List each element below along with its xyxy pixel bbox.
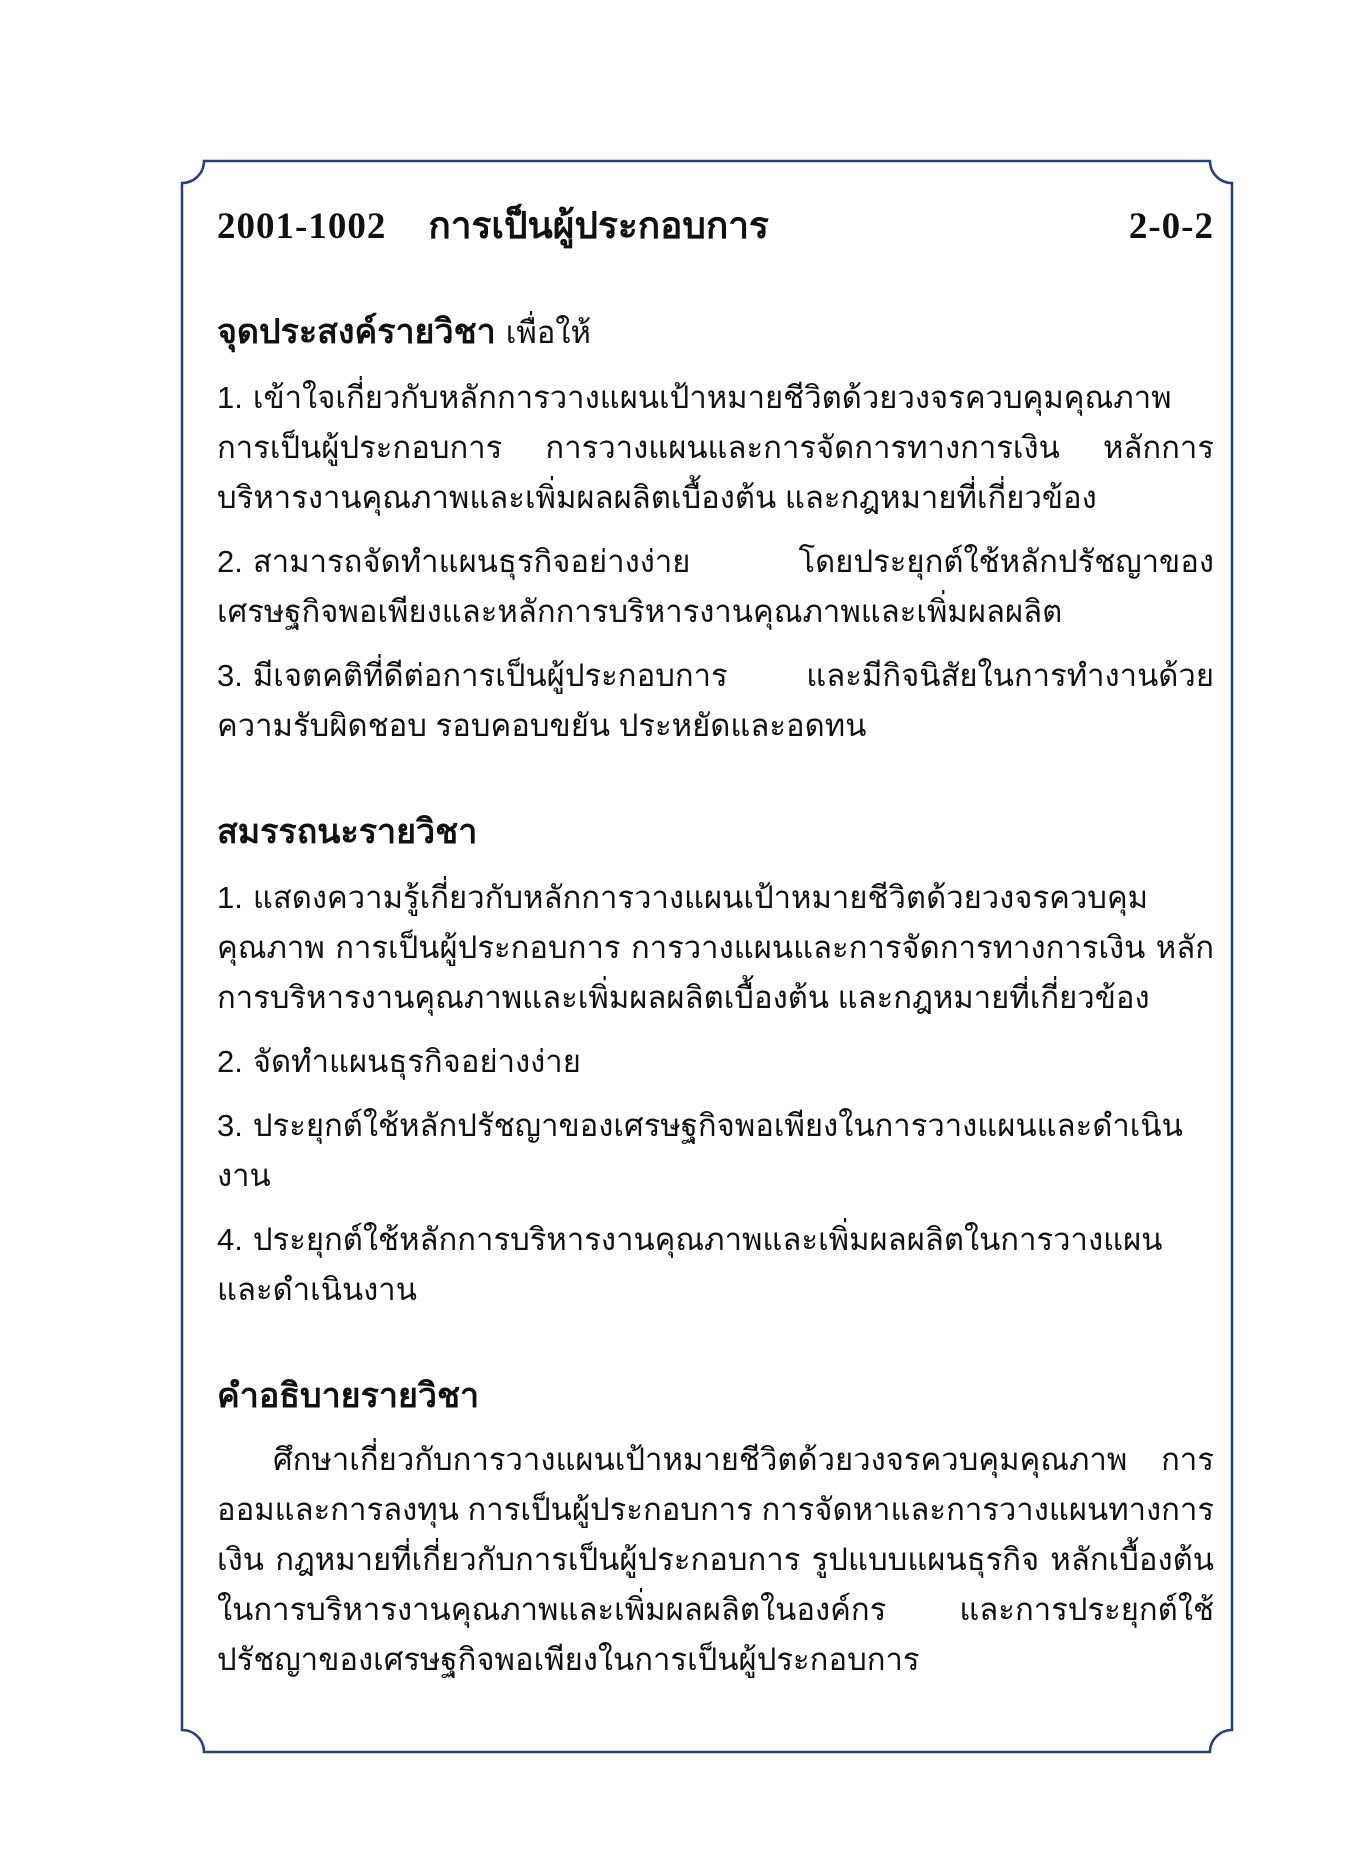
item-number: 3.	[217, 658, 243, 693]
objectives-heading-label: จุดประสงค์รายวิชา	[217, 314, 496, 351]
course-header-left: 2001-1002การเป็นผู้ประกอบการ	[217, 203, 769, 251]
description-heading-label: คำอธิบายรายวิชา	[217, 1378, 479, 1415]
item-text: แสดงความรู้เกี่ยวกับหลักการวางแผนเป้าหมา…	[217, 880, 1214, 1015]
course-title: การเป็นผู้ประกอบการ	[428, 206, 769, 247]
item-number: 4.	[217, 1222, 243, 1257]
item-number: 2.	[217, 544, 243, 579]
item-text: สามารถจัดทำแผนธุรกิจอย่างง่าย โดยประยุกต…	[217, 544, 1214, 629]
course-header: 2001-1002การเป็นผู้ประกอบการ 2-0-2	[217, 203, 1214, 251]
objective-item: 3.มีเจตคติที่ดีต่อการเป็นผู้ประกอบการ แล…	[217, 651, 1214, 751]
item-number: 1.	[217, 380, 243, 415]
item-number: 3.	[217, 1108, 243, 1143]
objectives-list: 1.เข้าใจเกี่ยวกับหลักการวางแผนเป้าหมายชี…	[217, 373, 1214, 751]
objective-item: 1.เข้าใจเกี่ยวกับหลักการวางแผนเป้าหมายชี…	[217, 373, 1214, 523]
competencies-list: 1.แสดงความรู้เกี่ยวกับหลักการวางแผนเป้าห…	[217, 873, 1214, 1315]
objectives-heading: จุดประสงค์รายวิชาเพื่อให้	[217, 309, 1214, 357]
competencies-heading-label: สมรรถนะรายวิชา	[217, 814, 477, 851]
item-text: ประยุกต์ใช้หลักปรัชญาของเศรษฐกิจพอเพียงใ…	[217, 1108, 1183, 1193]
competency-item: 1.แสดงความรู้เกี่ยวกับหลักการวางแผนเป้าห…	[217, 873, 1214, 1023]
item-text: เข้าใจเกี่ยวกับหลักการวางแผนเป้าหมายชีวิ…	[217, 380, 1214, 515]
description-section: คำอธิบายรายวิชา ศึกษาเกี่ยวกับการวางแผนเ…	[217, 1373, 1214, 1685]
item-number: 2.	[217, 1044, 243, 1079]
competency-item: 3.ประยุกต์ใช้หลักปรัชญาของเศรษฐกิจพอเพีย…	[217, 1101, 1214, 1201]
competency-item: 2.จัดทำแผนธุรกิจอย่างง่าย	[217, 1037, 1214, 1087]
objective-item: 2.สามารถจัดทำแผนธุรกิจอย่างง่าย โดยประยุ…	[217, 537, 1214, 637]
description-heading: คำอธิบายรายวิชา	[217, 1373, 1214, 1421]
course-credit-hours: 2-0-2	[1129, 203, 1214, 251]
description-paragraph: ศึกษาเกี่ยวกับการวางแผนเป้าหมายชีวิตด้วย…	[217, 1435, 1214, 1685]
item-text: มีเจตคติที่ดีต่อการเป็นผู้ประกอบการ และม…	[217, 658, 1214, 743]
competencies-heading: สมรรถนะรายวิชา	[217, 809, 1214, 857]
competency-item: 4.ประยุกต์ใช้หลักการบริหารงานคุณภาพและเพ…	[217, 1215, 1214, 1315]
item-text: จัดทำแผนธุรกิจอย่างง่าย	[253, 1044, 581, 1079]
item-number: 1.	[217, 880, 243, 915]
course-code: 2001-1002	[217, 206, 386, 247]
objectives-section: จุดประสงค์รายวิชาเพื่อให้ 1.เข้าใจเกี่ยว…	[217, 309, 1214, 751]
competencies-section: สมรรถนะรายวิชา 1.แสดงความรู้เกี่ยวกับหลั…	[217, 809, 1214, 1315]
objectives-heading-suffix: เพื่อให้	[506, 315, 591, 350]
item-text: ประยุกต์ใช้หลักการบริหารงานคุณภาพและเพิ่…	[217, 1222, 1162, 1307]
syllabus-page: 2001-1002การเป็นผู้ประกอบการ 2-0-2 จุดปร…	[0, 0, 1349, 1867]
page-content: 2001-1002การเป็นผู้ประกอบการ 2-0-2 จุดปร…	[217, 0, 1214, 1685]
